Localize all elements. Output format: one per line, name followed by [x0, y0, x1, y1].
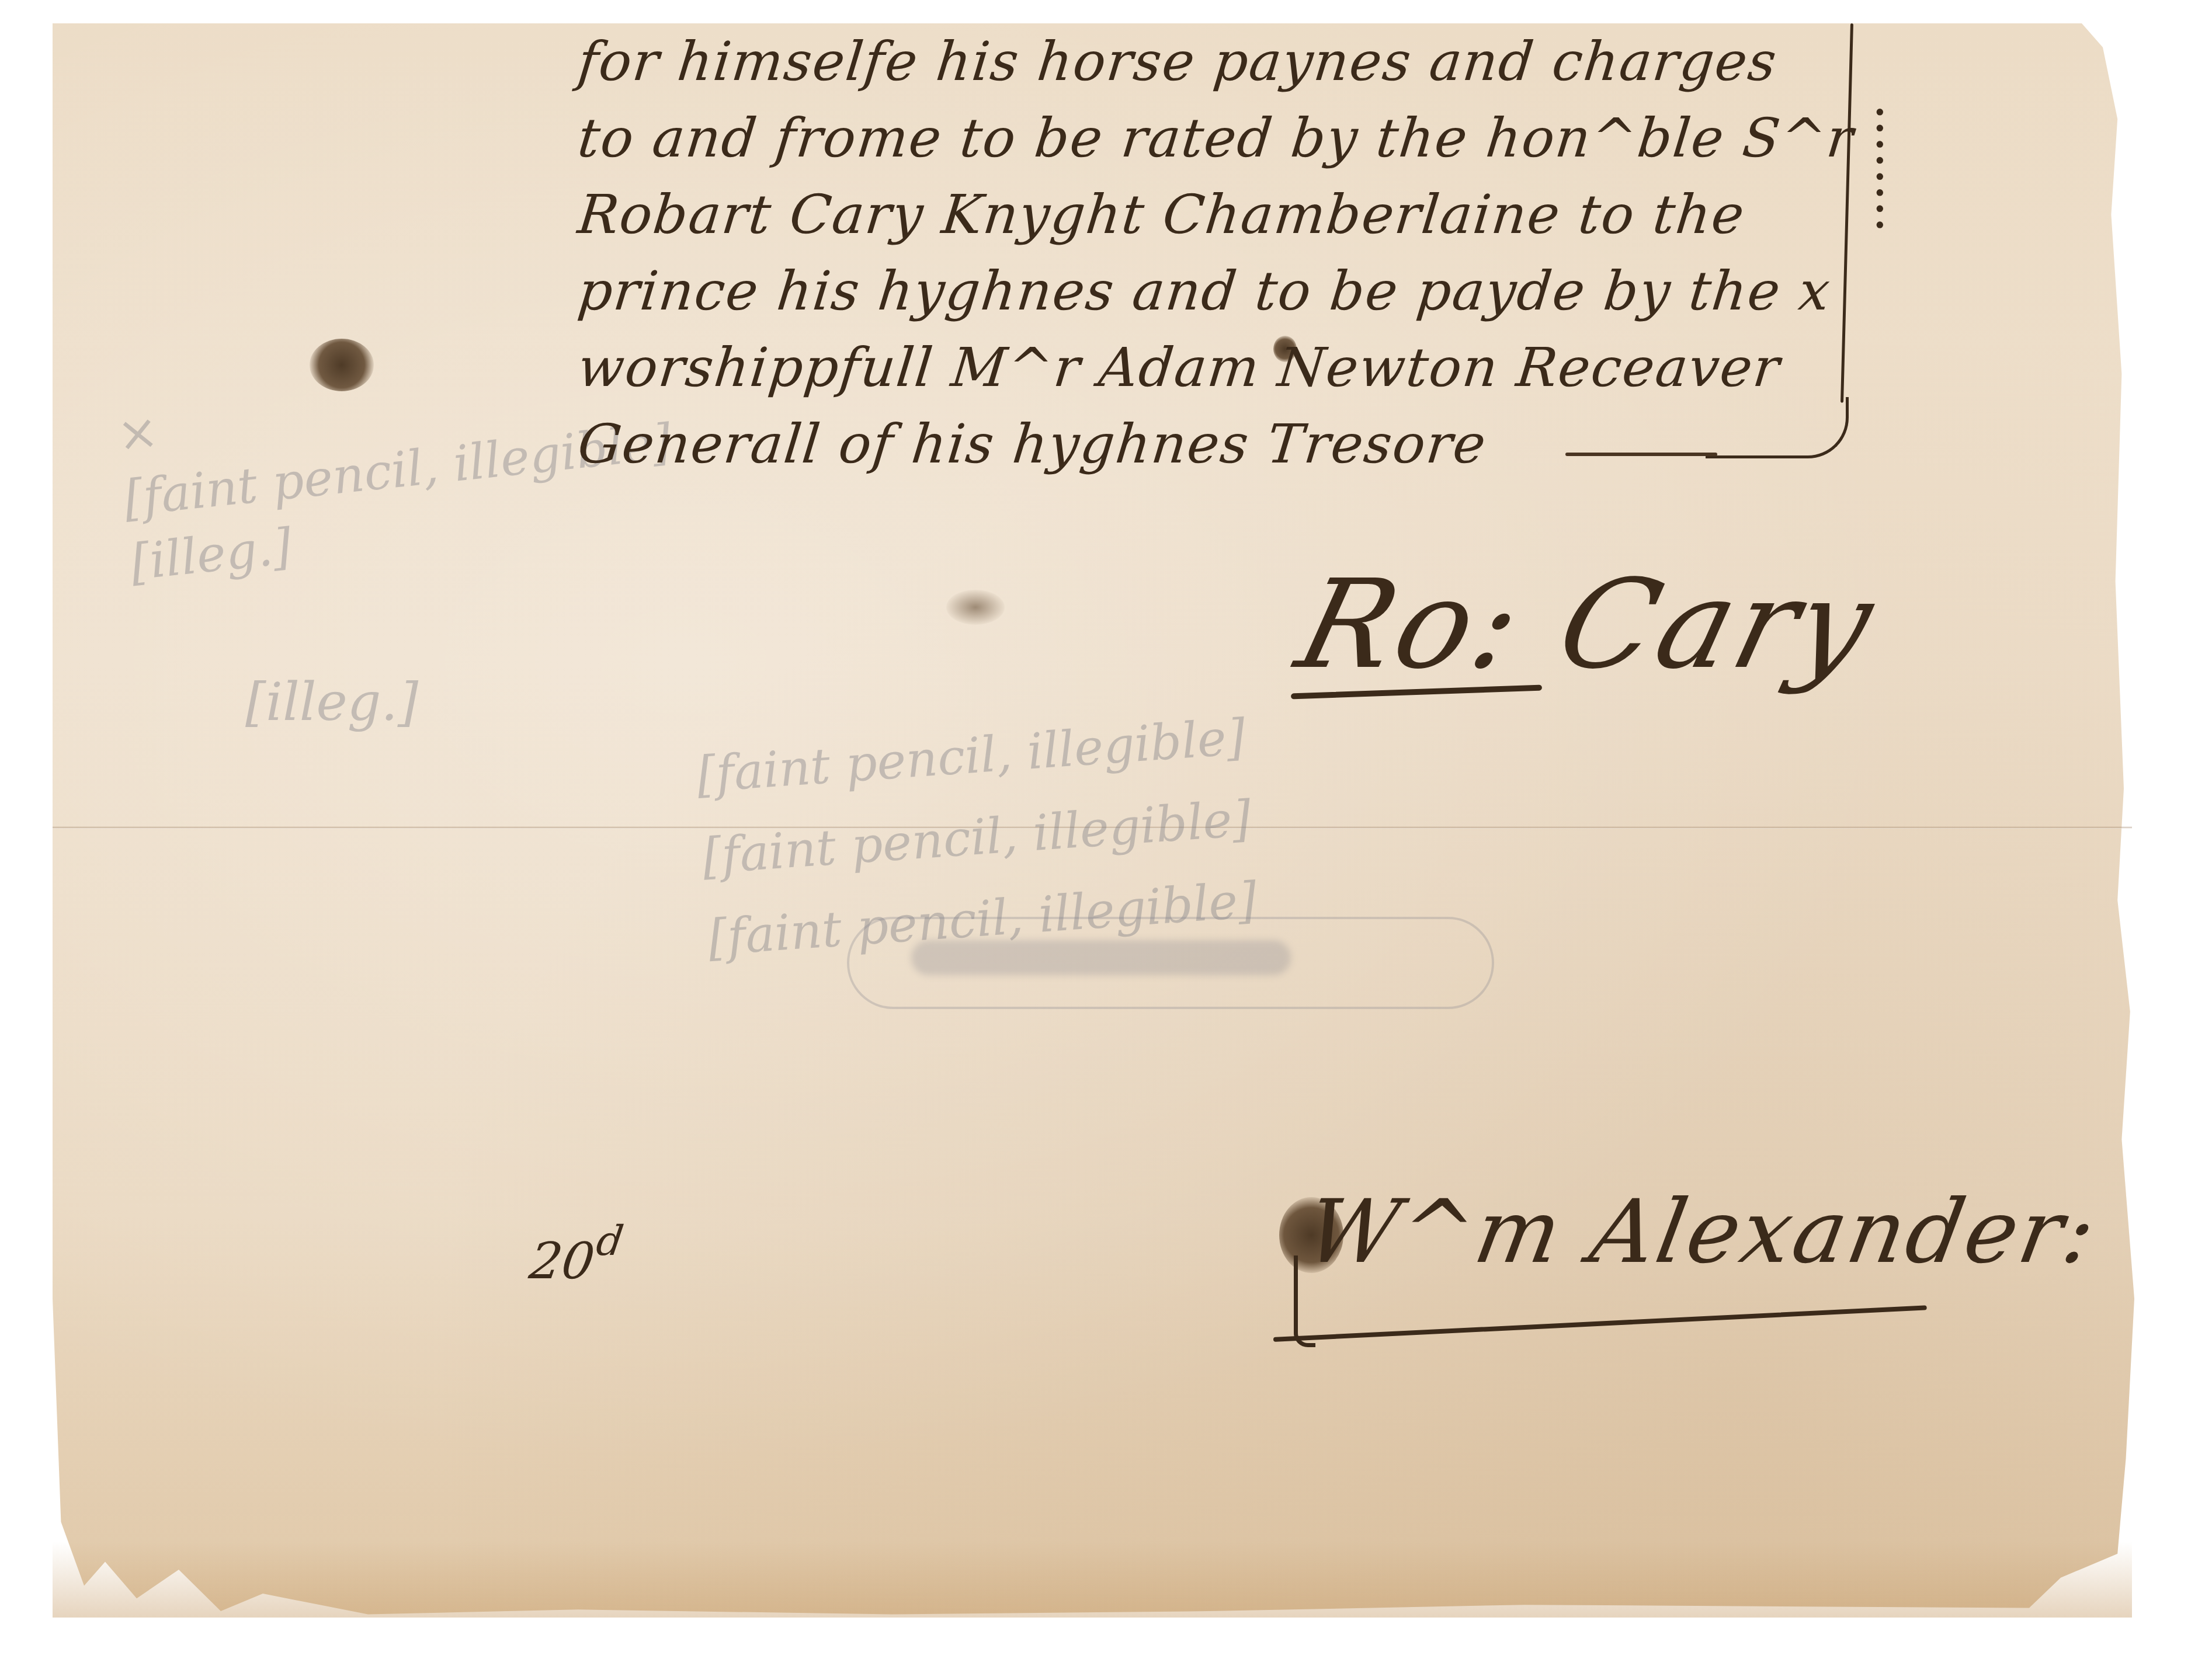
- line-end-mark: x: [1796, 260, 1834, 322]
- marginal-amount: 20d: [526, 1215, 627, 1288]
- signature-wm-alexander: W^m Alexander:: [1300, 1185, 2105, 1279]
- text-line: for himselfe his horse paynes and charge…: [574, 23, 1838, 100]
- text-line: worshippfull M^r Adam Newton Receaver: [574, 329, 1838, 406]
- pencil-smudge: [911, 940, 1291, 975]
- margin-dotted-mark: ••••••••: [1872, 105, 1886, 234]
- text-line: Generall of his hyghnes Tresore: [574, 406, 1838, 482]
- text-line: Robart Cary Knyght Chamberlaine to the: [574, 176, 1838, 253]
- main-text-block: for himselfe his horse paynes and charge…: [578, 23, 1834, 482]
- pencil-number-note: [illeg.]: [245, 672, 418, 733]
- text-line: prince his hyghnes and to be payde by th…: [574, 253, 1838, 329]
- text-line-content: prince his hyghnes and to be payde by th…: [575, 260, 1784, 322]
- amount-value: 20: [526, 1232, 598, 1291]
- signature-ro-cary: Ro: Cary: [1287, 561, 1888, 689]
- text-bracket-corner: [1706, 397, 1849, 458]
- ink-smear: [946, 590, 1005, 625]
- text-bracket-tail: [1565, 453, 1717, 456]
- text-line: to and frome to be rated by the hon^ble …: [574, 100, 1838, 176]
